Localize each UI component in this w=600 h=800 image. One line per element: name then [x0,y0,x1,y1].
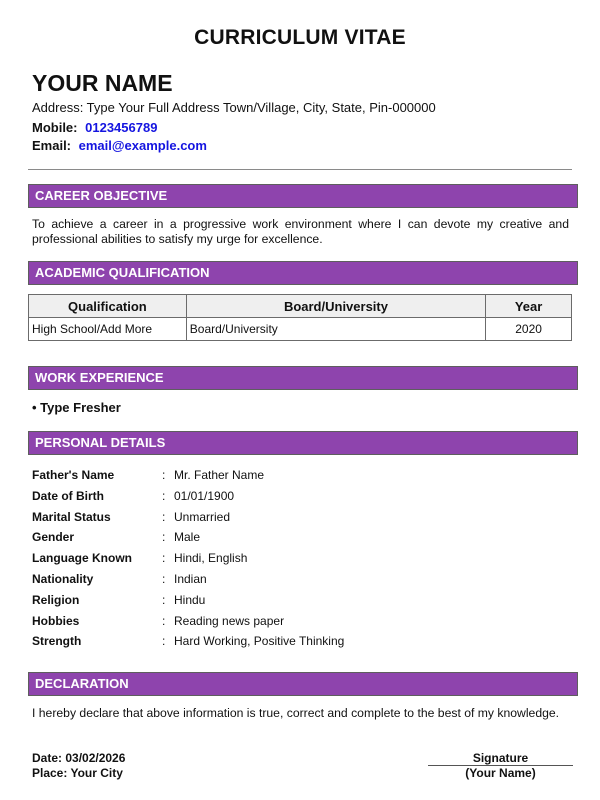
detail-separator: : [162,465,165,485]
detail-label: Strength [32,631,81,651]
detail-separator: : [162,507,165,527]
career-objective-heading: CAREER OBJECTIVE [28,184,578,208]
detail-value: Mr. Father Name [174,465,264,485]
detail-label: Marital Status [32,507,111,527]
detail-separator: : [162,486,165,506]
personal-detail-row: Religion:Hindu [32,590,532,610]
personal-detail-row: Language Known:Hindi, English [32,548,532,568]
document-title: CURRICULUM VITAE [0,26,600,50]
mobile-line: Mobile: 0123456789 [32,120,157,135]
year-cell: 2020 [486,318,572,341]
column-header: Qualification [29,295,187,318]
candidate-name: YOUR NAME [32,70,173,97]
career-objective-text: To achieve a career in a progressive wor… [32,217,569,247]
detail-value: 01/01/1900 [174,486,234,506]
detail-value: Unmarried [174,507,230,527]
section-title: CAREER OBJECTIVE [35,185,167,207]
detail-label: Hobbies [32,611,79,631]
declaration-heading: DECLARATION [28,672,578,696]
email-link[interactable]: email@example.com [79,138,207,153]
date-line: Date: 03/02/2026 [32,751,125,765]
work-experience-item: • Type Fresher [32,400,121,415]
detail-label: Gender [32,527,74,547]
column-header: Year [486,295,572,318]
detail-separator: : [162,611,165,631]
detail-label: Nationality [32,569,93,589]
section-title: WORK EXPERIENCE [35,367,164,389]
personal-details-heading: PERSONAL DETAILS [28,431,578,455]
header-divider [28,169,572,170]
table-row: High School/Add More Board/University 20… [29,318,572,341]
detail-separator: : [162,590,165,610]
personal-detail-row: Hobbies:Reading news paper [32,611,532,631]
section-title: ACADEMIC QUALIFICATION [35,262,210,284]
section-title: PERSONAL DETAILS [35,432,165,454]
table-header-row: Qualification Board/University Year [29,295,572,318]
section-title: DECLARATION [35,673,129,695]
declaration-text: I hereby declare that above information … [32,706,569,721]
signature-name: (Your Name) [428,766,573,780]
place-line: Place: Your City [32,766,123,780]
work-experience-heading: WORK EXPERIENCE [28,366,578,390]
signature-label: Signature [428,751,573,765]
personal-detail-row: Marital Status:Unmarried [32,507,532,527]
mobile-value[interactable]: 0123456789 [85,120,157,135]
column-header: Board/University [186,295,485,318]
academic-table: Qualification Board/University Year High… [28,294,572,341]
personal-detail-row: Date of Birth:01/01/1900 [32,486,532,506]
personal-detail-row: Strength:Hard Working, Positive Thinking [32,631,532,651]
email-label: Email: [32,138,71,153]
detail-value: Hard Working, Positive Thinking [174,631,344,651]
personal-detail-row: Nationality:Indian [32,569,532,589]
detail-label: Language Known [32,548,132,568]
mobile-label: Mobile: [32,120,78,135]
detail-value: Male [174,527,200,547]
detail-value: Hindu [174,590,205,610]
board-cell: Board/University [186,318,485,341]
detail-separator: : [162,548,165,568]
detail-label: Father's Name [32,465,114,485]
personal-detail-row: Father's Name:Mr. Father Name [32,465,532,485]
detail-separator: : [162,631,165,651]
detail-value: Reading news paper [174,611,284,631]
email-line: Email: email@example.com [32,138,207,153]
qualification-cell: High School/Add More [29,318,187,341]
detail-value: Indian [174,569,207,589]
detail-label: Religion [32,590,79,610]
personal-detail-row: Gender:Male [32,527,532,547]
detail-value: Hindi, English [174,548,247,568]
detail-separator: : [162,527,165,547]
detail-separator: : [162,569,165,589]
cv-page: CURRICULUM VITAE YOUR NAME Address: Type… [0,0,600,800]
address: Address: Type Your Full Address Town/Vil… [32,100,436,115]
detail-label: Date of Birth [32,486,104,506]
academic-qualification-heading: ACADEMIC QUALIFICATION [28,261,578,285]
